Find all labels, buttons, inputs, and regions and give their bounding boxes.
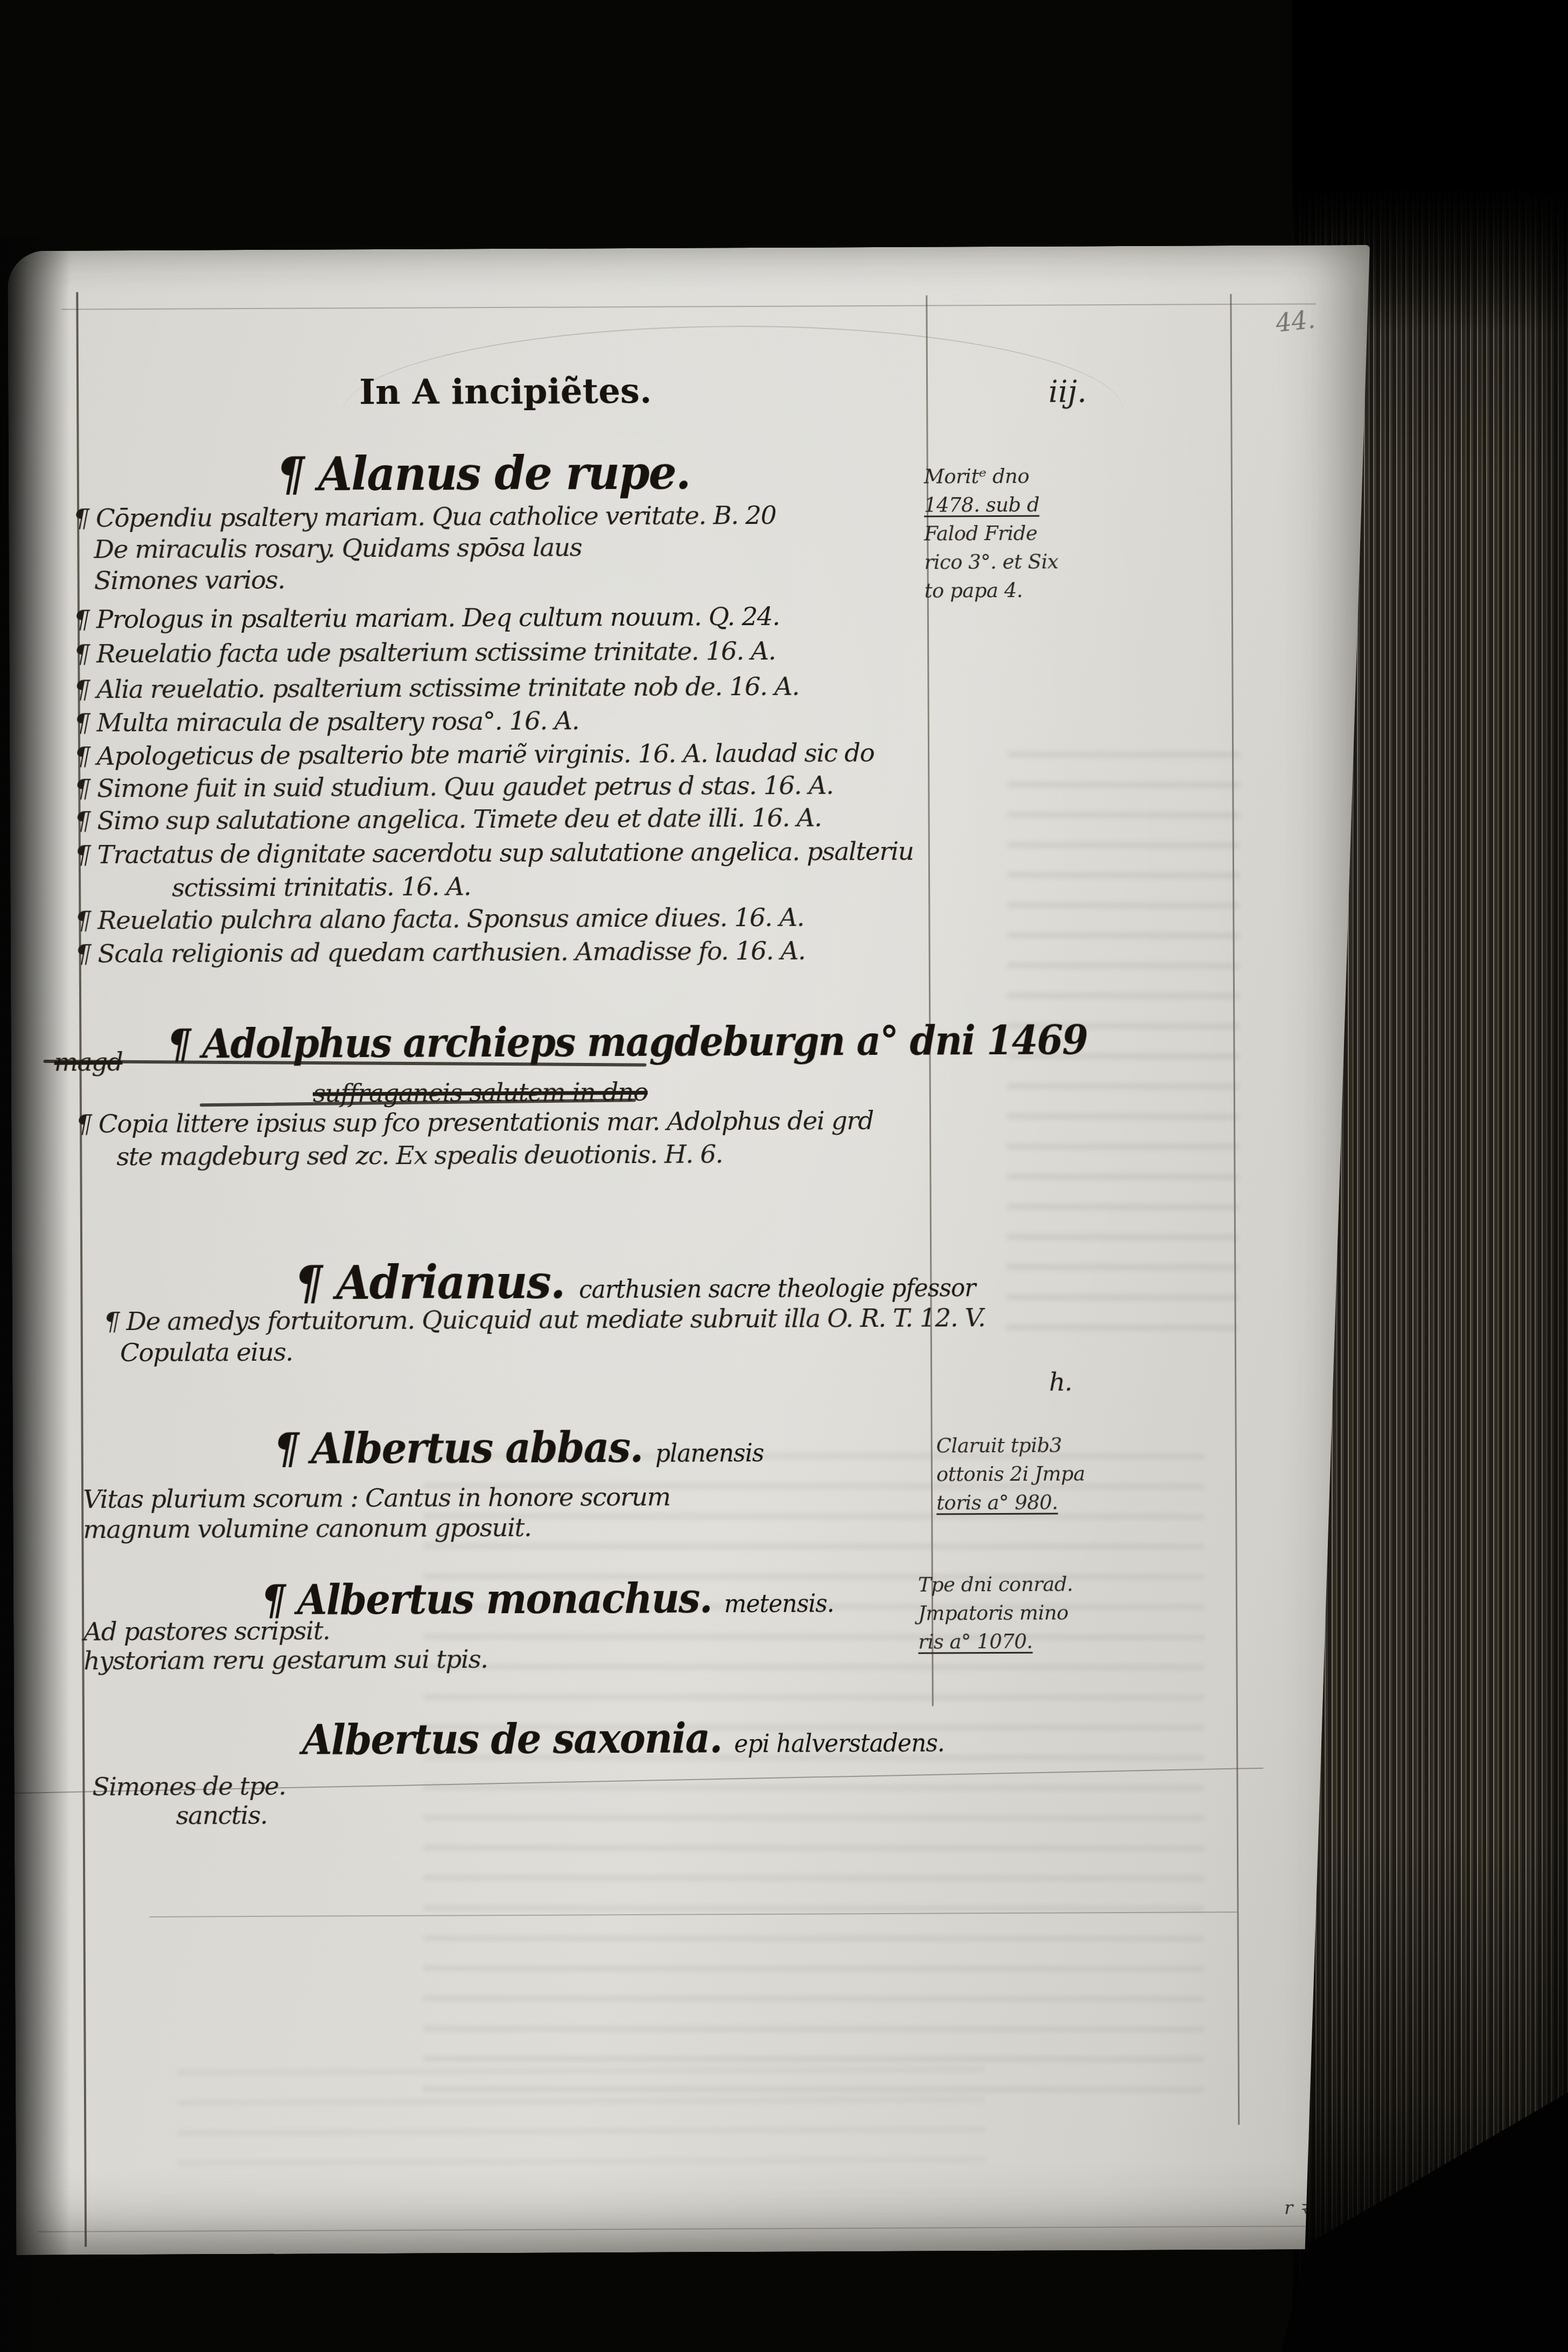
entry-line: ¶ Cōpendiu psaltery mariam. Qua catholic… bbox=[73, 501, 776, 534]
margin-note-line: ottonis 2i Jmpa bbox=[936, 1459, 1085, 1488]
entry-line: ¶ Reuelatio facta ude psalterium sctissi… bbox=[74, 636, 775, 669]
section-heading-albertus-saxonia: Albertus de saxonia. epi halverstadens. bbox=[302, 1712, 944, 1763]
pilcrow-mark: ¶ bbox=[277, 447, 304, 502]
entry-line: ¶ Prologus in psalteriu mariam. Deq cult… bbox=[74, 602, 780, 635]
margin-note-line: Claruit tpib3 bbox=[936, 1431, 1085, 1460]
heading-suffix: carthusien sacre theologie pfessor bbox=[579, 1273, 976, 1304]
entry-line: Vitas plurium scorum : Cantus in honore … bbox=[83, 1482, 670, 1515]
entry-line: ¶ Reuelatio pulchra alano facta. Sponsus… bbox=[75, 903, 804, 936]
entry-line: ¶ Simo sup salutatione angelica. Timete … bbox=[75, 803, 822, 836]
entry-line: De miraculis rosary. Quidams spōsa laus bbox=[94, 533, 582, 564]
heading-suffix: metensis. bbox=[724, 1589, 834, 1619]
footer-ink-marks: r ꝛ bbox=[1284, 2195, 1307, 2220]
quire-signature: iij. bbox=[1048, 374, 1087, 409]
entry-line: ¶ Copia littere ipsius sup fco presentat… bbox=[76, 1106, 873, 1139]
entry-line: Ad pastores scripsit. bbox=[83, 1616, 330, 1647]
margin-note-alanus: Moritᵉ dno 1478. sub d Falod Fride rico … bbox=[924, 461, 1059, 605]
section-heading-albertus-monachus: ¶ Albertus monachus. metensis. bbox=[261, 1573, 834, 1624]
ruled-line-top bbox=[61, 303, 1316, 310]
entry-line: magnum volumine canonum gposuit. bbox=[83, 1513, 531, 1545]
manuscript-photo: 44. In A incipiẽtes. iij. ¶ Alanus de ru… bbox=[0, 0, 1568, 2352]
manuscript-page: 44. In A incipiẽtes. iij. ¶ Alanus de ru… bbox=[8, 245, 1378, 2255]
entry-line: ¶ Scala religionis ad quedam carthusien.… bbox=[75, 936, 806, 969]
section-heading-alanus: ¶ Alanus de rupe. bbox=[277, 445, 690, 501]
section-heading-adolphus: ¶ Adolphus archieps magdeburgn a° dni 14… bbox=[167, 1016, 1087, 1067]
show-through bbox=[423, 1453, 1205, 2111]
entry-line: ¶ Simone fuit in suid studium. Quu gaude… bbox=[74, 771, 833, 803]
entry-line: Simones varios. bbox=[94, 565, 285, 596]
entry-line: hystoriam reru gestarum sui tpis. bbox=[83, 1644, 487, 1676]
show-through bbox=[177, 2067, 985, 2189]
margin-note-line: Jmpatoris mino bbox=[918, 1598, 1073, 1627]
margin-note-albertus-monachus: Tpe dni conrad. Jmpatoris mino ris a° 10… bbox=[918, 1570, 1073, 1656]
entry-line: ¶ Tractatus de dignitate sacerdotu sup s… bbox=[75, 837, 914, 870]
section-heading-albertus-abbas: ¶ Albertus abbas. planensis bbox=[274, 1423, 764, 1474]
margin-note-line: rico 3°. et Six bbox=[924, 547, 1058, 576]
margin-note-albertus-abbas: Claruit tpib3 ottonis 2i Jmpa toris a° 9… bbox=[936, 1431, 1086, 1517]
entry-line: sanctis. bbox=[176, 1801, 268, 1831]
margin-note-line: Tpe dni conrad. bbox=[918, 1570, 1073, 1599]
gutter-shadow bbox=[0, 237, 70, 2352]
entry-line: Simones de tpe. bbox=[92, 1772, 286, 1802]
entry-line: Copulata eius. bbox=[120, 1338, 293, 1368]
entry-line: ¶ Multa miracula de psaltery rosa°. 16. … bbox=[74, 706, 579, 738]
margin-note-line: Falod Fride bbox=[924, 519, 1058, 548]
heading-suffix: epi halverstadens. bbox=[734, 1728, 944, 1759]
entry-line: h. bbox=[1049, 1367, 1072, 1397]
entry-line: ¶ Apologeticus de psalterio bte mariẽ vi… bbox=[74, 738, 874, 771]
margin-note-line: ris a° 1070. bbox=[918, 1627, 1073, 1656]
heading-suffix: planensis bbox=[655, 1439, 764, 1468]
section-heading-adrianus: ¶ Adrianus. carthusien sacre theologie p… bbox=[295, 1252, 975, 1310]
entry-line: ste magdeburg sed zc. Ex spealis deuotio… bbox=[116, 1139, 723, 1172]
ruled-line-bottom bbox=[38, 2225, 1308, 2232]
page-header: In A incipiẽtes. bbox=[359, 371, 652, 412]
entry-line: ¶ Alia reuelatio. psalterium sctissime t… bbox=[74, 672, 799, 705]
entry-line: sctissimi trinitatis. 16. A. bbox=[172, 872, 471, 902]
margin-note-line: toris a° 980. bbox=[936, 1488, 1085, 1517]
entry-line: ¶ De amedys fortuitorum. Quicquid aut me… bbox=[104, 1303, 985, 1336]
margin-note-line: to papa 4. bbox=[925, 576, 1059, 605]
pencil-folio-number: 44. bbox=[1274, 305, 1317, 338]
margin-note-line: 1478. sub d bbox=[924, 490, 1058, 519]
margin-note-line: Moritᵉ dno bbox=[924, 461, 1058, 491]
ruled-line-left-margin bbox=[76, 292, 87, 2246]
